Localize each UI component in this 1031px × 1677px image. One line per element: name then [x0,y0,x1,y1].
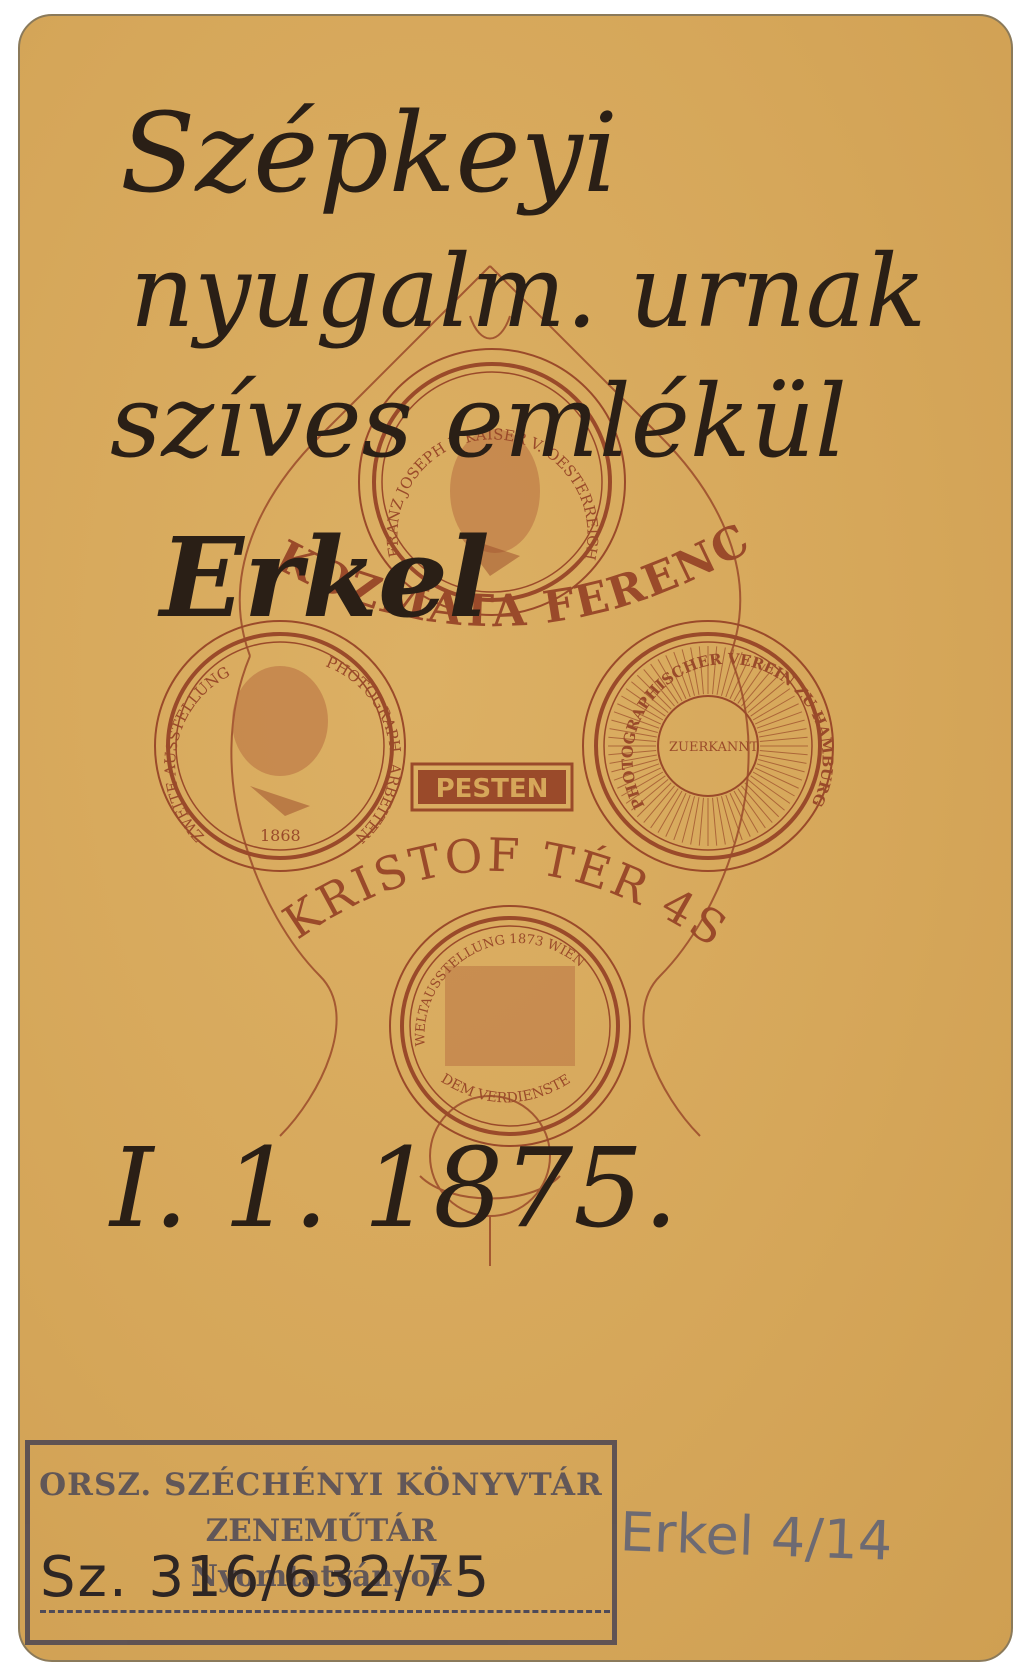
pencil-note: Erkel 4/14 [619,1500,893,1572]
svg-text:1868: 1868 [260,826,301,845]
svg-text:DEM VERDIENSTE: DEM VERDIENSTE [438,1071,573,1107]
svg-text:Szépkeyi: Szépkeyi [120,89,618,217]
stamp-department: ZENEMŰTÁR [30,1513,612,1549]
svg-text:ZUERKANNT: ZUERKANNT [669,740,759,755]
city-plate: PESTEN [412,764,572,810]
svg-text:nyugalm. urnak: nyugalm. urnak [130,233,926,350]
shelfmark-dashed-line [40,1610,610,1613]
photo-card-back: FRANZ JOSEPH I. KAISER V. OESTERREICH ET… [18,14,1013,1662]
handwritten-dedication: Szépkeyi nyugalm. urnak szíves emlékül E… [108,89,926,1252]
library-stamp: ORSZ. SZÉCHÉNYI KÖNYVTÁR ZENEMŰTÁR Nyomt… [25,1440,617,1645]
svg-text:PESTEN: PESTEN [436,774,549,804]
svg-text:Erkel: Erkel [157,513,490,642]
stamp-library-name: ORSZ. SZÉCHÉNYI KÖNYVTÁR [30,1467,612,1503]
svg-text:I. 1. 1875.: I. 1. 1875. [108,1124,678,1252]
shelfmark: Sz. 316/632/75 [40,1545,491,1610]
imprint-artwork: FRANZ JOSEPH I. KAISER V. OESTERREICH ET… [20,16,1013,1662]
svg-text:szíves emlékül: szíves emlékül [110,363,847,480]
